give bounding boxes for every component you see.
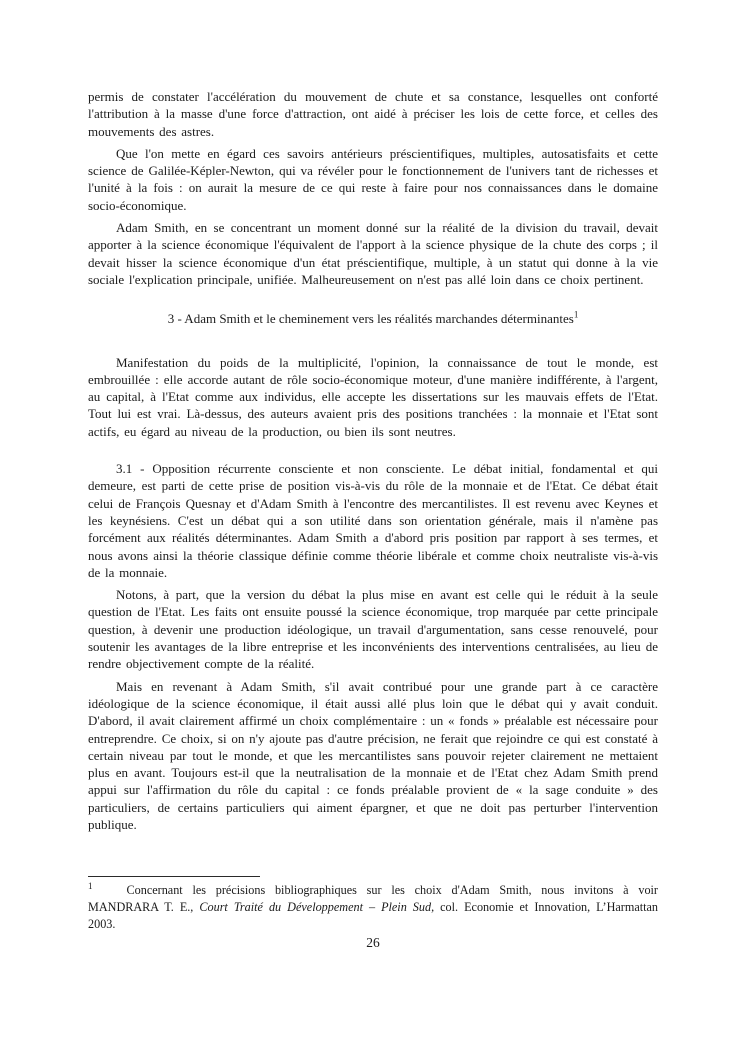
body-paragraph: Que l'on mette en égard ces savoirs anté… bbox=[88, 145, 658, 214]
body-paragraph: 3.1 - Opposition récurrente consciente e… bbox=[88, 460, 658, 581]
footnote-reference: 1 bbox=[574, 310, 579, 320]
page-number: 26 bbox=[88, 935, 658, 951]
body-paragraph: Manifestation du poids de la multiplicit… bbox=[88, 354, 658, 440]
footnote-separator bbox=[88, 876, 260, 877]
footnote: 1Concernant les précisions bibliographiq… bbox=[88, 882, 658, 932]
section-heading-text: 3 - Adam Smith et le cheminement vers le… bbox=[168, 311, 574, 326]
body-paragraph: Mais en revenant à Adam Smith, s'il avai… bbox=[88, 678, 658, 834]
body-paragraph: Notons, à part, que la version du débat … bbox=[88, 586, 658, 672]
body-paragraph: Adam Smith, en se concentrant un moment … bbox=[88, 219, 658, 288]
footnote-book-title: Court Traité du Développement – Plein Su… bbox=[199, 900, 434, 914]
document-page: permis de constater l'accélération du mo… bbox=[0, 0, 744, 1053]
page-footer: 1Concernant les précisions bibliographiq… bbox=[88, 876, 658, 951]
body-text-block: permis de constater l'accélération du mo… bbox=[88, 88, 658, 838]
section-heading: 3 - Adam Smith et le cheminement vers le… bbox=[88, 310, 658, 327]
body-paragraph: permis de constater l'accélération du mo… bbox=[88, 88, 658, 140]
footnote-marker: 1 bbox=[88, 881, 93, 891]
